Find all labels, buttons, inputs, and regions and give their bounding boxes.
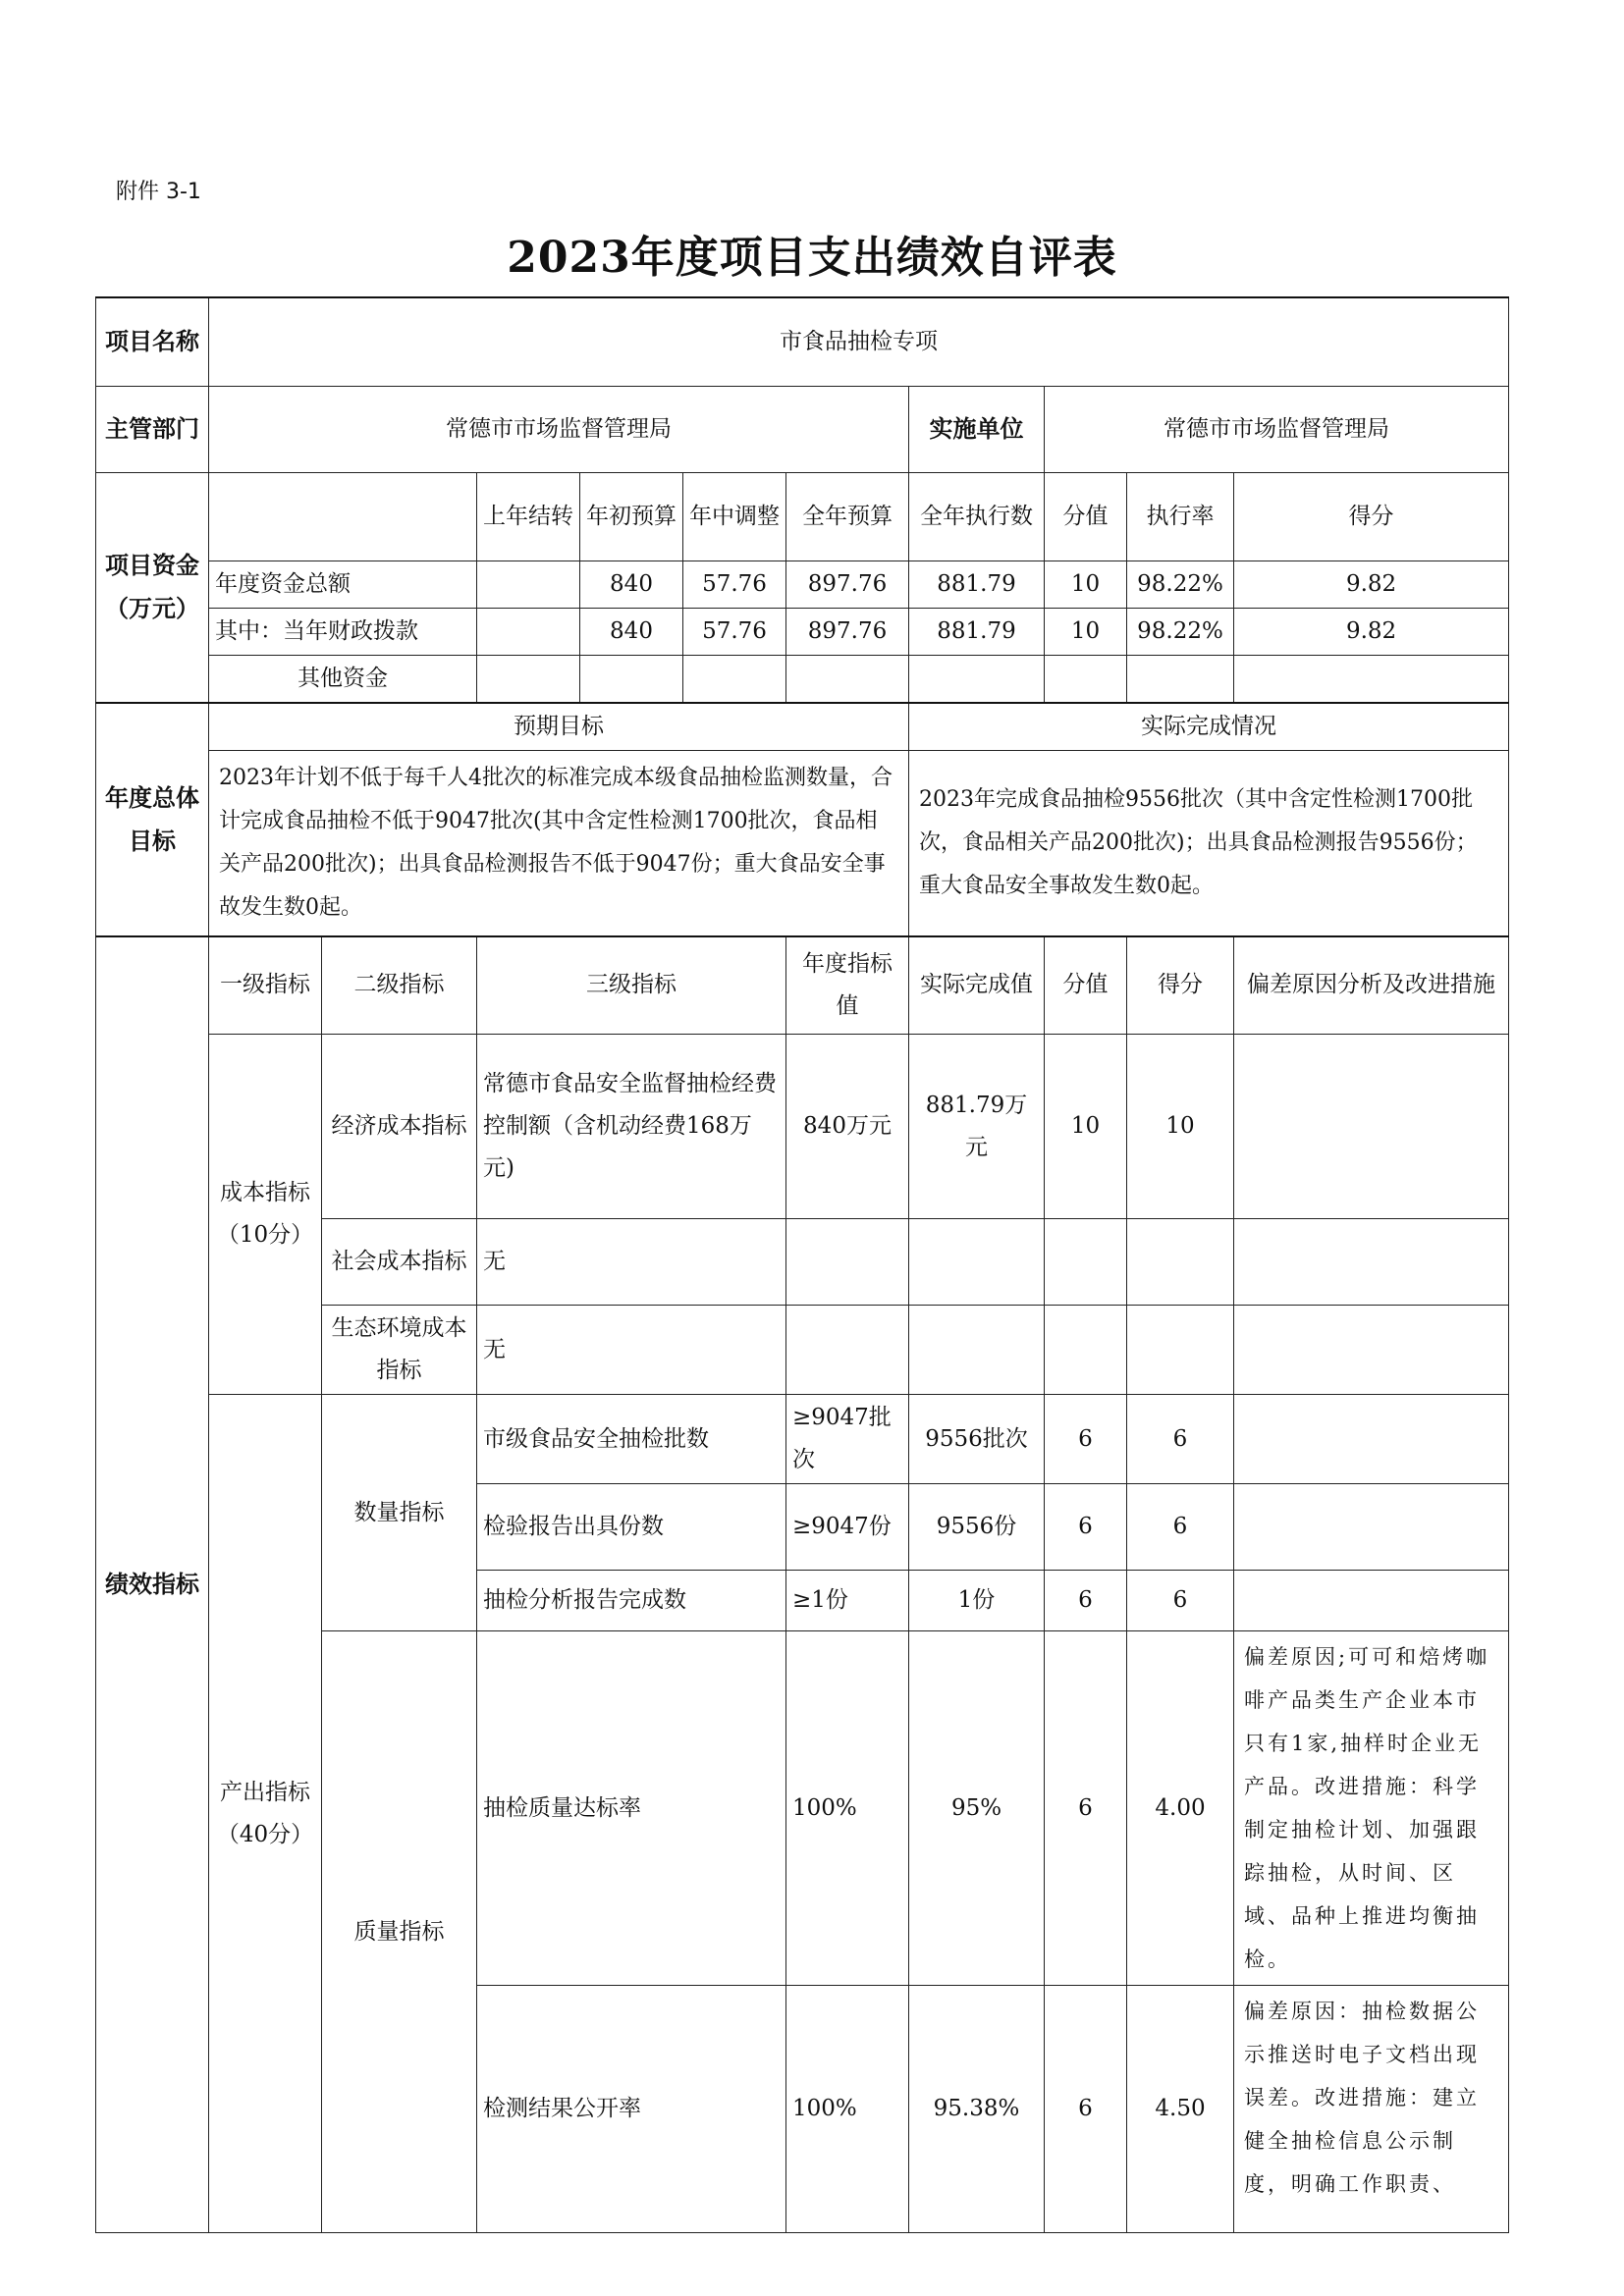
funds-executed: [909, 655, 1045, 703]
weight-cell: 6: [1045, 1571, 1127, 1631]
funds-weight: [1045, 655, 1127, 703]
weight-cell: [1045, 1306, 1127, 1395]
project-name-label: 项目名称: [96, 297, 209, 386]
funds-score: 9.82: [1234, 608, 1509, 655]
funds-header-weight: 分值: [1045, 472, 1127, 561]
funds-rate: [1127, 655, 1234, 703]
score-cell: 6: [1127, 1571, 1234, 1631]
funds-header-executed: 全年执行数: [909, 472, 1045, 561]
weight-cell: 6: [1045, 1986, 1127, 2233]
level3-cell: 常德市食品安全监督抽检经费控制额（含机动经费168万元): [477, 1035, 786, 1219]
score-cell: 4.50: [1127, 1986, 1234, 2233]
dept-value: 常德市市场监督管理局: [209, 386, 909, 472]
level3-cell: 检验报告出具份数: [477, 1484, 786, 1571]
remark-cell: 偏差原因;可可和焙烤咖啡产品类生产企业本市只有1家,抽样时企业无产品。改进措施：…: [1234, 1631, 1509, 1986]
funds-header-annual: 全年预算: [786, 472, 909, 561]
impl-unit-label: 实施单位: [909, 386, 1045, 472]
level3-cell: 无: [477, 1306, 786, 1395]
score-cell: 4.00: [1127, 1631, 1234, 1986]
funds-initial: 840: [580, 608, 683, 655]
weight-cell: 6: [1045, 1484, 1127, 1571]
funds-rate: 98.22%: [1127, 608, 1234, 655]
funds-adjust: [683, 655, 786, 703]
funds-row-label: 其他资金: [209, 655, 477, 703]
target-cell: ≥9047份: [786, 1484, 909, 1571]
score-cell: 6: [1127, 1484, 1234, 1571]
score-cell: [1127, 1306, 1234, 1395]
funds-score: 9.82: [1234, 561, 1509, 608]
evaluation-table: 项目名称 市食品抽检专项 主管部门 常德市市场监督管理局 实施单位 常德市市场监…: [95, 296, 1509, 2233]
funds-header-adjust: 年中调整: [683, 472, 786, 561]
actual-result-text: 2023年完成食品抽检9556批次（其中含定性检测1700批次，食品相关产品20…: [909, 750, 1509, 936]
target-cell: 840万元: [786, 1035, 909, 1219]
indicators-section-label: 绩效指标: [96, 936, 209, 2233]
score-cell: [1127, 1219, 1234, 1306]
remark-cell: [1234, 1571, 1509, 1631]
project-name-row: 项目名称 市食品抽检专项: [96, 297, 1509, 386]
target-cell: 100%: [786, 1986, 909, 2233]
funds-adjust: 57.76: [683, 608, 786, 655]
target-cell: [786, 1219, 909, 1306]
funds-row-fiscal: 其中：当年财政拨款 840 57.76 897.76 881.79 10 98.…: [96, 608, 1509, 655]
actual-cell: 9556批次: [909, 1395, 1045, 1484]
funds-row-label: 年度资金总额: [209, 561, 477, 608]
header-remark: 偏差原因分析及改进措施: [1234, 936, 1509, 1035]
actual-cell: 95%: [909, 1631, 1045, 1986]
actual-cell: [909, 1306, 1045, 1395]
funds-weight: 10: [1045, 561, 1127, 608]
funds-section-label: 项目资金（万元）: [96, 472, 209, 703]
funds-row-label: 其中：当年财政拨款: [209, 608, 477, 655]
remark-cell: [1234, 1484, 1509, 1571]
header-score: 得分: [1127, 936, 1234, 1035]
level2-quality: 质量指标: [322, 1631, 477, 2233]
funds-adjust: 57.76: [683, 561, 786, 608]
indicators-header-row: 绩效指标 一级指标 二级指标 三级指标 年度指标值 实际完成值 分值 得分 偏差…: [96, 936, 1509, 1035]
remark-cell: [1234, 1035, 1509, 1219]
level1-output: 产出指标（40分）: [209, 1395, 322, 2233]
header-target: 年度指标值: [786, 936, 909, 1035]
remark-cell: [1234, 1395, 1509, 1484]
goals-section-label: 年度总体目标: [96, 703, 209, 936]
remark-cell: 偏差原因：抽检数据公示推送时电子文档出现误差。改进措施：建立健全抽检信息公示制度…: [1234, 1986, 1509, 2233]
level1-cost: 成本指标（10分）: [209, 1035, 322, 1395]
funds-rate: 98.22%: [1127, 561, 1234, 608]
project-name-value: 市食品抽检专项: [209, 297, 1509, 386]
level3-cell: 抽检质量达标率: [477, 1631, 786, 1986]
funds-carry: [477, 608, 580, 655]
funds-row-other: 其他资金: [96, 655, 1509, 703]
weight-cell: [1045, 1219, 1127, 1306]
target-cell: ≥9047批次: [786, 1395, 909, 1484]
header-level1: 一级指标: [209, 936, 322, 1035]
funds-header-initial: 年初预算: [580, 472, 683, 561]
goals-content-row: 2023年计划不低于每千人4批次的标准完成本级食品抽检监测数量，合计完成食品抽检…: [96, 750, 1509, 936]
indicator-row: 产出指标（40分） 数量指标 市级食品安全抽检批数 ≥9047批次 9556批次…: [96, 1395, 1509, 1484]
funds-header-blank: [209, 472, 477, 561]
funds-row-total: 年度资金总额 840 57.76 897.76 881.79 10 98.22%…: [96, 561, 1509, 608]
department-row: 主管部门 常德市市场监督管理局 实施单位 常德市市场监督管理局: [96, 386, 1509, 472]
target-cell: [786, 1306, 909, 1395]
funds-carry: [477, 655, 580, 703]
funds-carry: [477, 561, 580, 608]
level3-cell: 抽检分析报告完成数: [477, 1571, 786, 1631]
funds-annual: [786, 655, 909, 703]
funds-header-score: 得分: [1234, 472, 1509, 561]
funds-executed: 881.79: [909, 561, 1045, 608]
header-level3: 三级指标: [477, 936, 786, 1035]
funds-weight: 10: [1045, 608, 1127, 655]
level3-cell: 检测结果公开率: [477, 1986, 786, 2233]
expected-goal-header: 预期目标: [209, 703, 909, 751]
level2-cell: 生态环境成本指标: [322, 1306, 477, 1395]
funds-header-row: 项目资金（万元） 上年结转 年初预算 年中调整 全年预算 全年执行数 分值 执行…: [96, 472, 1509, 561]
level2-cell: 社会成本指标: [322, 1219, 477, 1306]
expected-goal-text: 2023年计划不低于每千人4批次的标准完成本级食品抽检监测数量，合计完成食品抽检…: [209, 750, 909, 936]
funds-score: [1234, 655, 1509, 703]
target-cell: 100%: [786, 1631, 909, 1986]
impl-unit-value: 常德市市场监督管理局: [1045, 386, 1509, 472]
funds-header-carry: 上年结转: [477, 472, 580, 561]
weight-cell: 10: [1045, 1035, 1127, 1219]
actual-cell: 95.38%: [909, 1986, 1045, 2233]
score-cell: 10: [1127, 1035, 1234, 1219]
level2-cell: 经济成本指标: [322, 1035, 477, 1219]
weight-cell: 6: [1045, 1631, 1127, 1986]
level3-cell: 无: [477, 1219, 786, 1306]
annex-label: 附件 3-1: [116, 175, 201, 205]
funds-header-rate: 执行率: [1127, 472, 1234, 561]
dept-label: 主管部门: [96, 386, 209, 472]
level2-quantity: 数量指标: [322, 1395, 477, 1631]
actual-cell: 1份: [909, 1571, 1045, 1631]
actual-cell: 881.79万元: [909, 1035, 1045, 1219]
funds-initial: 840: [580, 561, 683, 608]
header-level2: 二级指标: [322, 936, 477, 1035]
indicator-row: 成本指标（10分） 经济成本指标 常德市食品安全监督抽检经费控制额（含机动经费1…: [96, 1035, 1509, 1219]
target-cell: ≥1份: [786, 1571, 909, 1631]
weight-cell: 6: [1045, 1395, 1127, 1484]
actual-cell: [909, 1219, 1045, 1306]
level3-cell: 市级食品安全抽检批数: [477, 1395, 786, 1484]
goals-header-row: 年度总体目标 预期目标 实际完成情况: [96, 703, 1509, 751]
remark-cell: [1234, 1306, 1509, 1395]
funds-executed: 881.79: [909, 608, 1045, 655]
remark-cell: [1234, 1219, 1509, 1306]
funds-annual: 897.76: [786, 608, 909, 655]
funds-initial: [580, 655, 683, 703]
score-cell: 6: [1127, 1395, 1234, 1484]
actual-result-header: 实际完成情况: [909, 703, 1509, 751]
header-weight: 分值: [1045, 936, 1127, 1035]
header-actual: 实际完成值: [909, 936, 1045, 1035]
actual-cell: 9556份: [909, 1484, 1045, 1571]
page-title: 2023年度项目支出绩效自评表: [0, 222, 1624, 285]
funds-annual: 897.76: [786, 561, 909, 608]
